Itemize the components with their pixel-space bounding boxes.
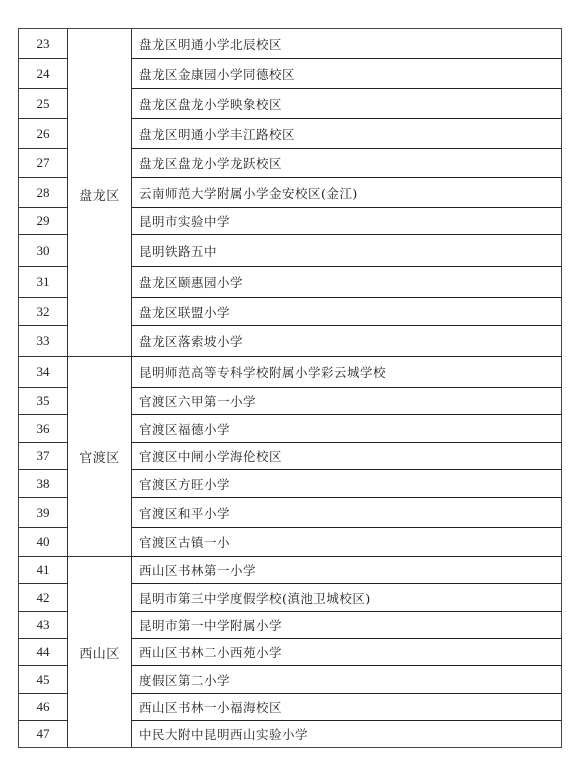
row-number: 40 [19, 528, 68, 557]
school-name: 昆明师范高等专科学校附属小学彩云城学校 [131, 357, 561, 388]
row-number: 30 [19, 235, 68, 267]
row-number: 34 [19, 357, 68, 388]
school-name: 盘龙区金康园小学同德校区 [131, 59, 561, 89]
school-name: 官渡区和平小学 [131, 498, 561, 528]
row-number: 37 [19, 443, 68, 470]
school-name: 西山区书林一小福海校区 [131, 694, 561, 721]
row-number: 32 [19, 298, 68, 326]
school-name: 度假区第二小学 [131, 666, 561, 694]
district-cell-xishan: 西山区 [68, 557, 131, 747]
school-name: 官渡区中闸小学海伦校区 [131, 443, 561, 470]
school-name: 盘龙区盘龙小学龙跃校区 [131, 149, 561, 178]
row-number: 24 [19, 59, 68, 89]
school-name: 官渡区福德小学 [131, 415, 561, 443]
school-list-table: 23 盘龙区明通小学北辰校区 24 盘龙区金康园小学同德校区 25 盘龙区盘龙小… [18, 28, 562, 748]
row-number: 41 [19, 557, 68, 584]
row-number: 46 [19, 694, 68, 721]
school-name: 西山区书林二小西苑小学 [131, 639, 561, 666]
row-number: 39 [19, 498, 68, 528]
school-name: 盘龙区落索坡小学 [131, 326, 561, 357]
row-number: 28 [19, 178, 68, 208]
row-number: 42 [19, 584, 68, 612]
row-number: 31 [19, 267, 68, 298]
row-number: 44 [19, 639, 68, 666]
school-name: 官渡区方旺小学 [131, 470, 561, 498]
school-name: 昆明市第一中学附属小学 [131, 612, 561, 639]
row-number: 36 [19, 415, 68, 443]
school-name: 中民大附中昆明西山实验小学 [131, 721, 561, 747]
district-cell-panlong: 盘龙区 [68, 29, 131, 357]
school-name: 盘龙区明通小学丰江路校区 [131, 119, 561, 149]
school-name: 西山区书林第一小学 [131, 557, 561, 584]
school-name: 盘龙区明通小学北辰校区 [131, 29, 561, 59]
row-number: 29 [19, 208, 68, 235]
school-name: 官渡区古镇一小 [131, 528, 561, 557]
row-number: 23 [19, 29, 68, 59]
school-name: 盘龙区颐惠园小学 [131, 267, 561, 298]
school-name: 官渡区六甲第一小学 [131, 388, 561, 415]
row-number: 25 [19, 89, 68, 119]
school-name: 盘龙区联盟小学 [131, 298, 561, 326]
row-number: 26 [19, 119, 68, 149]
row-number: 35 [19, 388, 68, 415]
row-number: 38 [19, 470, 68, 498]
school-name: 昆明市第三中学度假学校(滇池卫城校区) [131, 584, 561, 612]
school-name: 昆明铁路五中 [131, 235, 561, 267]
school-name: 云南师范大学附属小学金安校区(金江) [131, 178, 561, 208]
district-cell-guandu: 官渡区 [68, 357, 131, 557]
row-number: 33 [19, 326, 68, 357]
row-number: 27 [19, 149, 68, 178]
school-name: 盘龙区盘龙小学映象校区 [131, 89, 561, 119]
school-name: 昆明市实验中学 [131, 208, 561, 235]
row-number: 43 [19, 612, 68, 639]
row-number: 47 [19, 721, 68, 747]
row-number: 45 [19, 666, 68, 694]
